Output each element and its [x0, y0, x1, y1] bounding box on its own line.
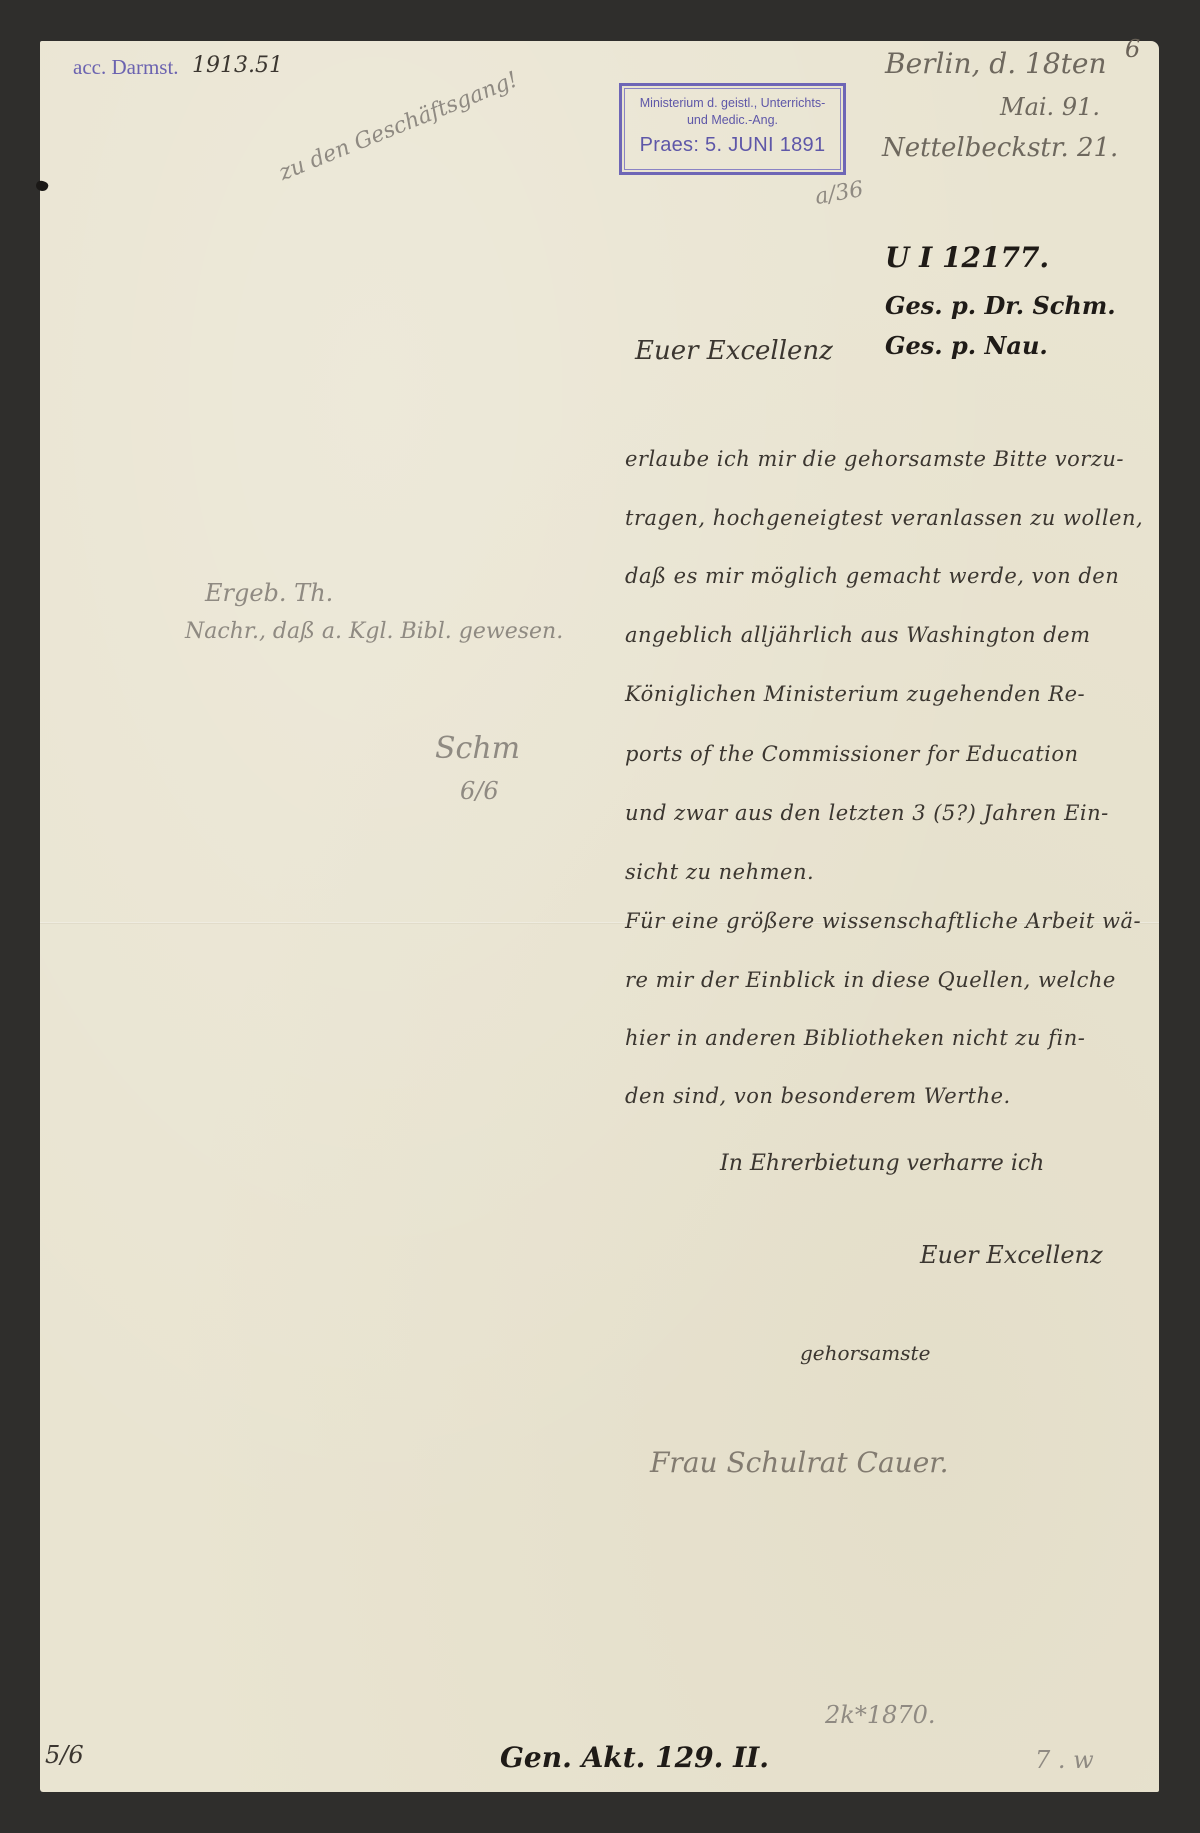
reference-number: U I 12177. [885, 241, 1049, 274]
closing-phrase: In Ehrerbietung verharre ich [720, 1151, 1044, 1176]
sender-address: Nettelbeckstr. 21. [882, 133, 1118, 163]
body-line: hier in anderen Bibliotheken nicht zu fi… [625, 1026, 1085, 1050]
reference-line-2: Ges. p. Dr. Schm. [885, 291, 1116, 320]
stamp-line-1: Ministerium d. geistl., Unterrichts- [622, 96, 843, 110]
date-month-year: Mai. 91. [1000, 93, 1100, 121]
body-line: re mir der Einblick in diese Quellen, we… [625, 968, 1116, 992]
body-line: angeblich alljährlich aus Washington dem [625, 623, 1091, 647]
stamp-date: Praes: 5. JUNI 1891 [622, 134, 843, 157]
accession-number: 1913.51 [192, 53, 283, 78]
letter-page: acc. Darmst. 1913.51 Ministerium d. geis… [40, 41, 1159, 1792]
footer-page-fraction: 5/6 [45, 1741, 84, 1769]
body-line: Königlichen Ministerium zugehenden Re- [625, 682, 1085, 706]
reference-line-3: Ges. p. Nau. [885, 331, 1048, 360]
footer-pencil-number: 2k*1870. [825, 1701, 936, 1729]
footer-archive-reference: Gen. Akt. 129. II. [500, 1741, 769, 1774]
body-line: den sind, von besonderem Werthe. [625, 1084, 1011, 1108]
body-line: Für eine größere wissenschaftliche Arbei… [625, 909, 1141, 933]
body-line: ports of the Commissioner for Education [625, 742, 1079, 766]
closing-address: Euer Excellenz [920, 1241, 1103, 1269]
salutation: Euer Excellenz [635, 336, 833, 366]
body-line: sicht zu nehmen. [625, 860, 814, 884]
folio-number: 6 [1125, 35, 1140, 63]
pencil-mark: a/36 [813, 177, 865, 210]
body-line: daß es mir möglich gemacht werde, von de… [625, 564, 1119, 588]
margin-note-line-2: Nachr., daß a. Kgl. Bibl. gewesen. [185, 619, 563, 644]
stamp-line-2: und Medic.-Ang. [622, 113, 843, 127]
place-date: Berlin, d. 18ten [885, 47, 1106, 80]
ministry-received-stamp: Ministerium d. geistl., Unterrichts- und… [619, 83, 846, 175]
pencil-diagonal-note: zu den Geschäftsgang! [276, 67, 522, 186]
body-line: erlaube ich mir die gehorsamste Bitte vo… [625, 447, 1124, 471]
margin-note-initials: Schm [435, 731, 520, 766]
closing-gehorsamste: gehorsamste [800, 1341, 930, 1365]
footer-pencil-mark: 7 . w [1035, 1746, 1094, 1774]
signature: Frau Schulrat Cauer. [650, 1446, 948, 1479]
ink-blot [35, 179, 50, 193]
accession-stamp: acc. Darmst. [73, 55, 179, 80]
body-line: tragen, hochgeneigtest veranlassen zu wo… [625, 506, 1143, 530]
margin-note-date: 6/6 [460, 777, 499, 805]
body-line: und zwar aus den letzten 3 (5?) Jahren E… [625, 801, 1109, 825]
margin-note-line-1: Ergeb. Th. [205, 579, 333, 607]
